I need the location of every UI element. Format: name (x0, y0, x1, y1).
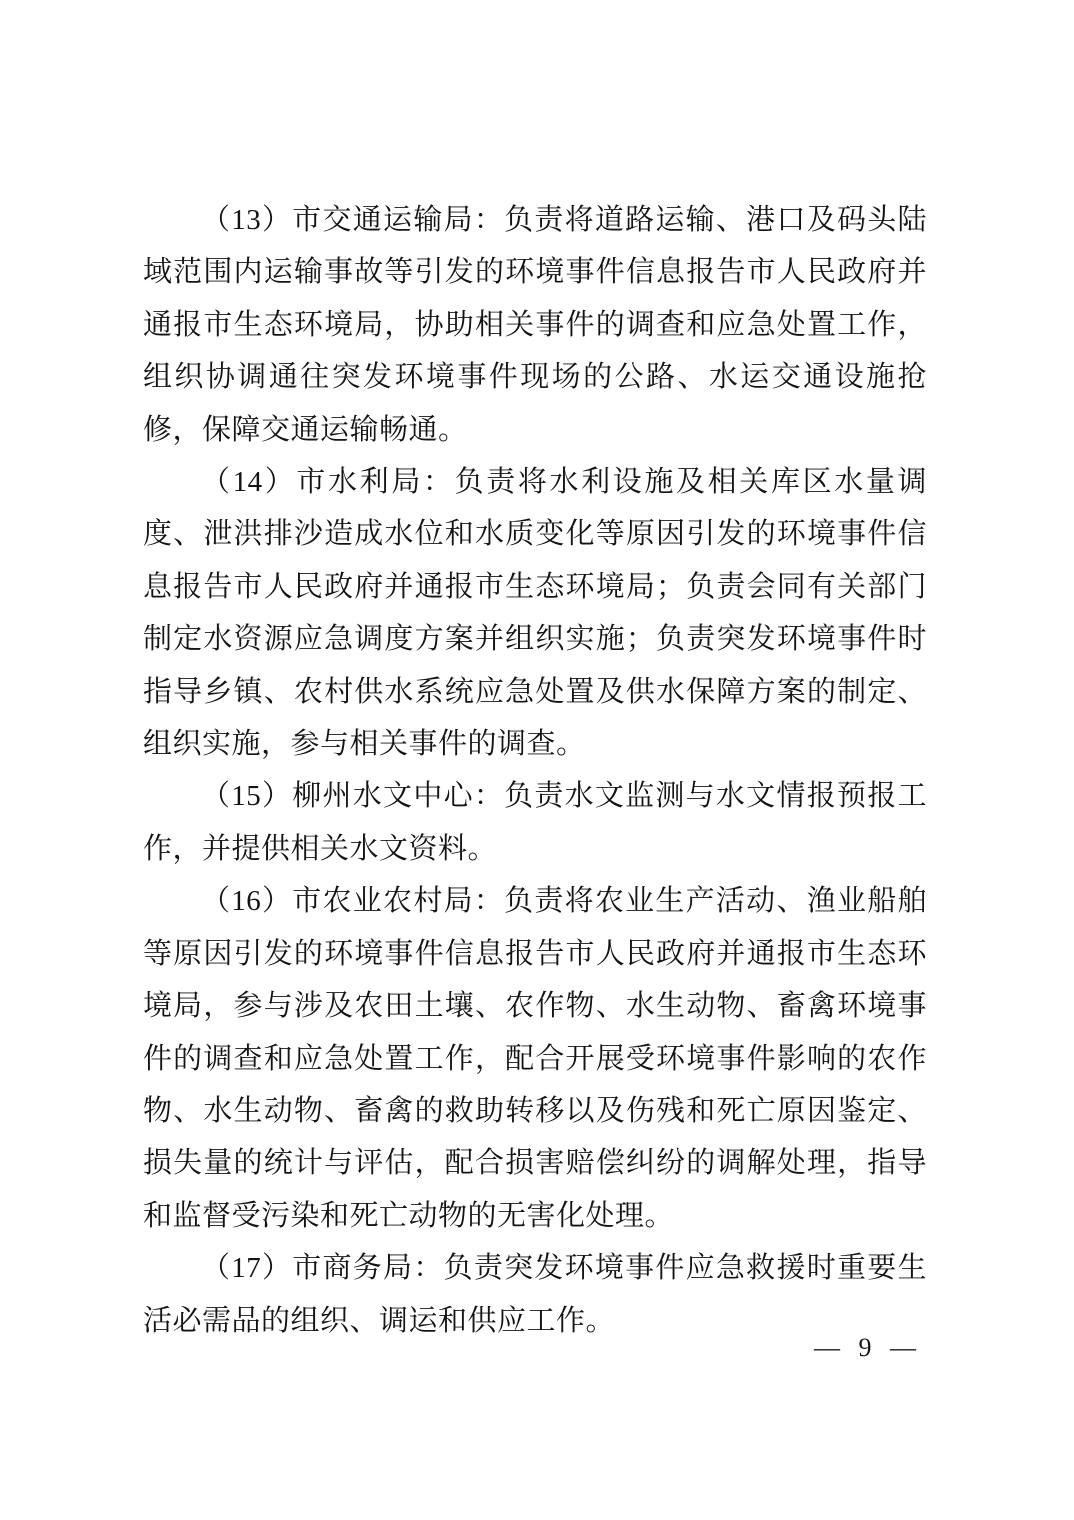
document-text-block: （13）市交通运输局：负责将道路运输、港口及码头陆域范围内运输事故等引发的环境事… (143, 194, 927, 1347)
paragraph-item-15: （15）柳州水文中心：负责水文监测与水文情报预报工作，并提供相关水文资料。 (143, 770, 927, 875)
paragraph-item-16: （16）市农业农村局：负责将农业生产活动、渔业船舶等原因引发的环境事件信息报告市… (143, 875, 927, 1242)
paragraph-item-14: （14）市水利局：负责将水利设施及相关库区水量调度、泄洪排沙造成水位和水质变化等… (143, 456, 927, 770)
paragraph-item-13: （13）市交通运输局：负责将道路运输、港口及码头陆域范围内运输事故等引发的环境事… (143, 194, 927, 456)
document-page: （13）市交通运输局：负责将道路运输、港口及码头陆域范围内运输事故等引发的环境事… (0, 0, 1074, 1520)
page-number: — 9 — (814, 1330, 922, 1366)
paragraph-item-17: （17）市商务局：负责突发环境事件应急救援时重要生活必需品的组织、调运和供应工作… (143, 1242, 927, 1347)
